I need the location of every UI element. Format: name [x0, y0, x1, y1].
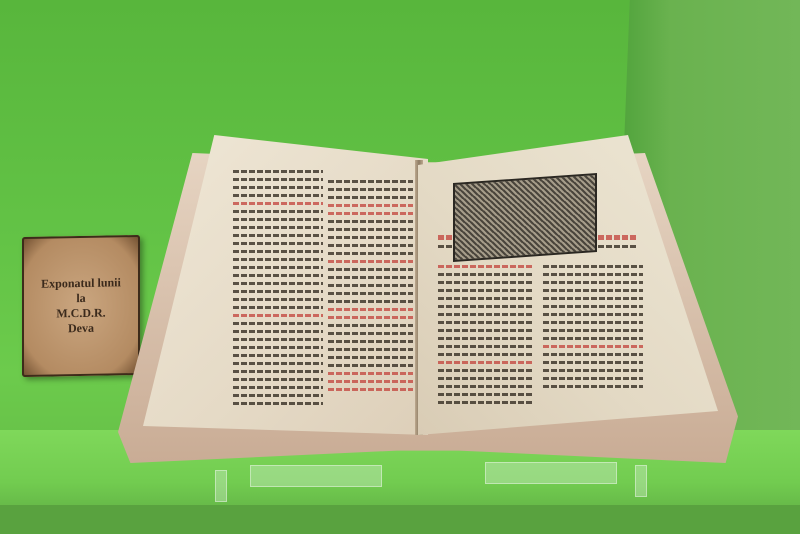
acrylic-stand-leg-right — [635, 465, 647, 497]
label-line-4: Deva — [68, 321, 94, 336]
left-page-column-2 — [328, 175, 413, 396]
open-book — [118, 135, 738, 465]
acrylic-stand-base-right — [485, 462, 617, 484]
left-page-column-1 — [233, 165, 323, 410]
right-page-column-1 — [438, 260, 533, 409]
right-page-column-2 — [543, 260, 643, 393]
label-line-1: Exponatul lunii — [41, 275, 121, 291]
acrylic-stand-leg-left — [215, 470, 227, 502]
label-line-2: la — [76, 291, 85, 306]
label-line-3: M.C.D.R. — [56, 306, 105, 322]
acrylic-stand-base-left — [250, 465, 382, 487]
display-case-front-edge — [0, 505, 800, 534]
woodcut-illustration — [453, 173, 597, 262]
